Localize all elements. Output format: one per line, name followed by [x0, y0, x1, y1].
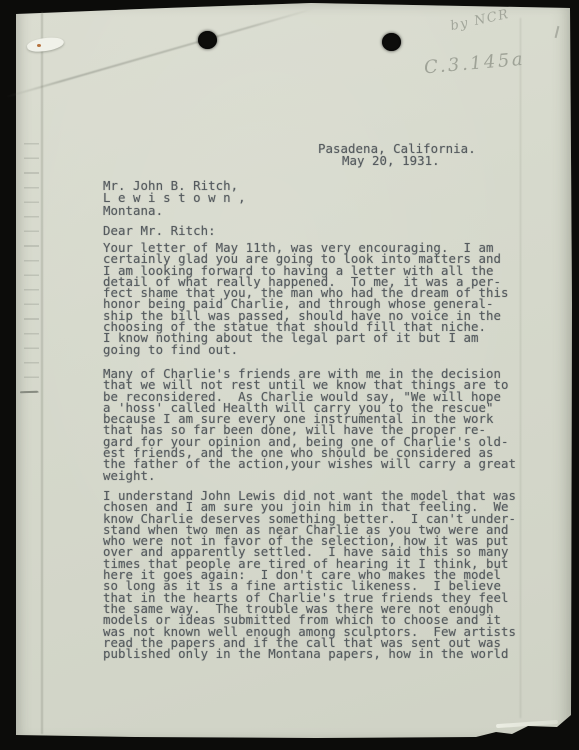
letter-recipient-address: Mr. John B. Ritch, L e w i s t o w n , M…	[103, 180, 246, 217]
punch-hole-left	[198, 31, 217, 49]
scanned-letter-page: by NCR C.3.145a Pasadena, California. Ma…	[0, 0, 579, 750]
letter-paragraph-1: Your letter of May 11th, was very encour…	[103, 242, 509, 355]
letter-date-line: May 20, 1931.	[342, 155, 440, 166]
letter-paragraph-3: I understand John Lewis did not want the…	[103, 490, 516, 659]
letter-salutation: Dear Mr. Ritch:	[103, 225, 216, 236]
paper-speck	[37, 44, 41, 47]
margin-tick-marks	[24, 130, 39, 394]
letter-paragraph-2: Many of Charlie's friends are with me in…	[103, 368, 516, 481]
punch-hole-right	[382, 33, 401, 51]
